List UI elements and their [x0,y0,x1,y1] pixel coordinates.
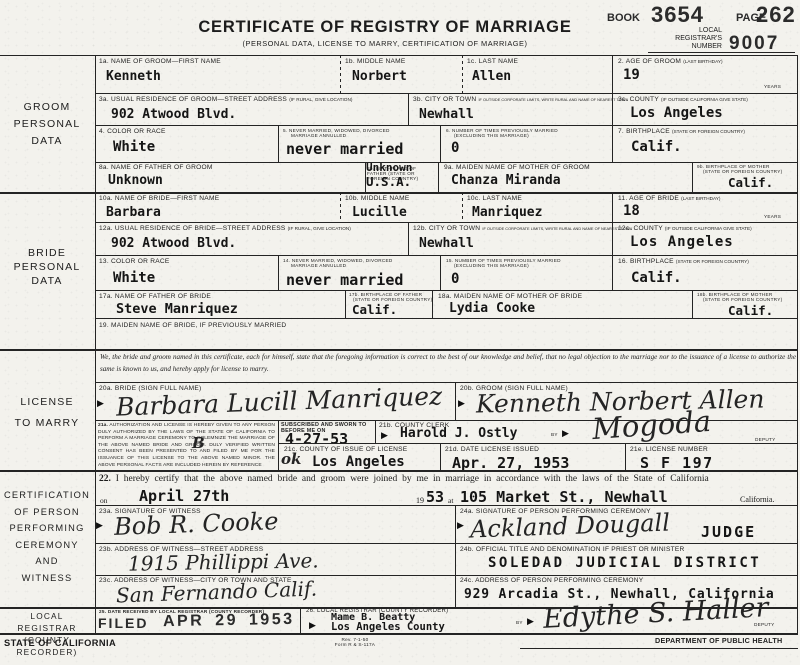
sidebar-line: PERFORMING [0,520,94,537]
sidebar-certification: CERTIFICATION OF PERSON PERFORMING CEREM… [0,487,94,586]
label-text: 3b. CITY OR TOWN [413,96,476,103]
grid-line [95,420,798,421]
label-text: 17a. NAME OF FATHER OF BRIDE [99,293,211,300]
label-text: 24c. ADDRESS OF PERSON PERFORMING CEREMO… [460,577,643,584]
signature-arrow-icon: ▶ [562,429,569,438]
grid-line [648,52,795,53]
grid-line [462,192,463,222]
field-label-21d: 21d. DATE LICENSE ISSUED [445,446,539,454]
grid-line [340,192,341,222]
authorization-text: 21a. AUTHORIZATION AND LICENSE IS HEREBY… [98,423,275,469]
date-received-stamp: APR 29 1953 [163,611,295,631]
label-text: 12c. COUNTY [618,225,663,232]
year-prefix: 19 [416,496,424,505]
sidebar-line: PERSONAL [0,260,94,274]
grid-line [300,607,301,633]
groom-times-married: 0 [451,140,459,156]
county-of-issue: Los Angeles [312,454,405,470]
bride-times-married: 0 [451,271,459,287]
grid-line [455,505,456,607]
grid-line [612,55,613,93]
field-label-10b: 10b. MIDDLE NAME [345,195,409,203]
label-qualifier: (IF RURAL, GIVE LOCATION) [288,226,351,231]
label-qualifier: (IF RURAL, GIVE LOCATION) [289,97,352,102]
grid-line [462,55,463,93]
state-of-california-label: STATE OF CALIFORNIA [4,638,116,648]
sidebar-bride-personal-data: BRIDE PERSONAL DATA [0,246,94,288]
deputy-label: DEPUTY [754,622,775,627]
label-qualifier: (STATE OR FOREIGN COUNTRY) [703,169,782,174]
sidebar-line: DATA [0,133,94,150]
bride-marital-status: never married [286,271,403,289]
bride-age: 18 [623,203,640,219]
sidebar-line: GROOM [0,99,94,116]
field-label-15: 15. NUMBER OF TIMES PREVIOUSLY MARRIED(E… [446,258,561,268]
label-text: 8a. NAME OF FATHER OF GROOM [99,164,213,171]
groom-father-name: Unknown [108,173,163,188]
bride-first-name: Barbara [106,205,161,220]
grid-line [365,162,366,192]
signature-arrow-icon: ▶ [527,617,534,626]
field-label-21c: 21c. COUNTY OF ISSUE OF LICENSE [284,446,407,454]
grid-line [0,349,798,351]
bride-father-birthplace: Calif. [352,302,397,317]
groom-mother-birthplace: Calif. [728,175,773,190]
label-qualifier: MARRIAGE ANNULLED [291,263,346,268]
sidebar-groom-personal-data: GROOM PERSONAL DATA [0,99,94,150]
witness-signature: Bob R. Cooke [114,507,279,541]
label-text: 21c. COUNTY OF ISSUE OF LICENSE [284,446,407,453]
label-text: 3a. USUAL RESIDENCE OF GROOM—STREET ADDR… [99,96,287,103]
label-text: 10b. MIDDLE NAME [345,195,409,202]
signature-arrow-icon: ▶ [458,399,465,408]
grid-line [0,192,798,194]
bride-race: White [113,270,155,286]
label-text: 4. COLOR OR RACE [99,128,166,135]
grid-line [455,382,456,420]
field-label-2: 2. AGE OF GROOM (LAST BIRTHDAY) [618,58,723,66]
bride-middle-name: Lucille [352,205,407,220]
label-text: 21e. LICENSE NUMBER [630,446,708,453]
grid-line [95,505,798,506]
bride-age-years-label: YEARS [764,214,781,219]
groom-race: White [113,139,155,155]
label-qualifier: (STATE OR FOREIGN COUNTRY) [703,297,782,302]
field-label-16: 16. BIRTHPLACE (STATE OR FOREIGN COUNTRY… [618,258,749,266]
label-qualifier: (IF OUTSIDE CALIFORNIA GIVE STATE) [661,97,748,102]
sidebar-line: CEREMONY [0,537,94,554]
at-label: at [448,496,453,505]
bride-father-name: Steve Manriquez [116,301,238,317]
grid-line [95,93,798,94]
grid-line [95,543,798,544]
field-label-3c: 3c. COUNTY (IF OUTSIDE CALIFORNIA GIVE S… [618,96,748,104]
certify-statement: 22. I hereby certify that the above name… [99,474,709,484]
groom-age-years-label: YEARS [764,84,781,89]
book-label: BOOK [607,12,640,24]
field-label-3a: 3a. USUAL RESIDENCE OF GROOM—STREET ADDR… [99,96,352,104]
field-label-17a: 17a. NAME OF FATHER OF BRIDE [99,293,211,301]
field-label-9b: 9b. BIRTHPLACE OF MOTHER(STATE OR FOREIG… [697,164,782,174]
grid-line [375,420,376,443]
grid-line [95,222,798,223]
label-qualifier: (EXCLUDING THIS MARRIAGE) [454,133,529,138]
signature-arrow-icon: ▶ [97,399,104,408]
bride-mother-birthplace: Calif. [728,303,773,318]
book-number: 3654 [651,2,704,28]
sidebar-license-to-marry: LICENSE TO MARRY [0,392,94,434]
groom-first-name: Kenneth [106,69,161,84]
grid-line [0,470,798,472]
local-registrar-county: Los Angeles County [331,621,445,633]
grid-line [520,648,798,649]
certify-statement-text: I hereby certify that the above named br… [116,474,709,484]
field-label-6: 6. NUMBER OF TIMES PREVIOUSLY MARRIED(EX… [446,128,558,138]
label-qualifier: (LAST BIRTHDAY) [681,196,720,201]
sidebar-line: LOCAL REGISTRAR [0,610,94,634]
label-text: 10a. NAME OF BRIDE—FIRST NAME [99,195,219,202]
sidebar-line: LICENSE [0,392,94,413]
form-revision: Rev. 7-1-50 Form R & S-117A [330,637,380,647]
sidebar-line: AND [0,553,94,570]
form-revision-line: Form R & S-117A [330,642,380,647]
label-text: 16. BIRTHPLACE [618,258,674,265]
grid-line [440,125,441,162]
county-clerk-deputy-signature: Mogoda [591,404,712,446]
field-label-10c: 10c. LAST NAME [467,195,522,203]
grid-line [95,55,96,633]
bride-county: Los Angeles [630,234,734,250]
label-text: 1a. NAME OF GROOM—FIRST NAME [99,58,221,65]
label-text: 1b. MIDDLE NAME [345,58,406,65]
grid-line [278,443,798,444]
grid-line [692,290,693,318]
grid-line [612,222,613,255]
grid-line [692,162,693,192]
ceremony-year: 53 [426,488,444,506]
grid-line [0,607,798,609]
witness-street-address: 1915 Phillippi Ave. [128,548,319,575]
grid-line [95,382,798,383]
label-text: 2. AGE OF GROOM [618,58,681,65]
label-text: 21d. DATE LICENSE ISSUED [445,446,539,453]
field-label-19: 19. MAIDEN NAME OF BRIDE, IF PREVIOUSLY … [99,322,286,330]
field-label-18b: 18b. BIRTHPLACE OF MOTHER(STATE OR FOREI… [697,292,782,302]
groom-county: Los Angeles [630,105,723,121]
filed-stamp: FILED [98,615,148,631]
page-title: CERTIFICATE OF REGISTRY OF MARRIAGE [80,18,690,37]
label-text: 18a. MAIDEN NAME OF MOTHER OF BRIDE [438,293,582,300]
label-text: 10c. LAST NAME [467,195,522,202]
field-label-11: 11. AGE OF BRIDE (LAST BIRTHDAY) [618,195,720,203]
label-text: 9a. MAIDEN NAME OF MOTHER OF GROOM [444,164,590,171]
field-label-12c: 12c. COUNTY (IF OUTSIDE CALIFORNIA GIVE … [618,225,752,233]
label-qualifier: IF OUTSIDE CORPORATE LIMITS, WRITE RURAL… [482,226,632,231]
grid-line [440,255,441,290]
label-qualifier: IF OUTSIDE CORPORATE LIMITS, WRITE RURAL… [478,97,628,102]
sidebar-line: DATA [0,274,94,288]
grid-line [278,420,279,470]
label-qualifier: (LAST BIRTHDAY) [683,59,722,64]
grid-line [612,93,613,125]
groom-middle-name: Norbert [352,69,407,84]
groom-birthplace: Calif. [631,139,682,155]
ceremony-date: April 27th [139,487,229,505]
local-registrar-number-label-line: LOCAL [630,27,722,35]
bride-mother-maiden-name: Lydia Cooke [449,301,535,316]
field-label-21a: 21a. [98,423,108,428]
field-label-1b: 1b. MIDDLE NAME [345,58,406,66]
local-registrar-number-label-line: NUMBER [630,43,722,51]
on-label: on [100,496,108,505]
grid-line [0,55,798,56]
signature-arrow-icon: ▶ [96,521,103,530]
label-text: 19. MAIDEN NAME OF BRIDE, IF PREVIOUSLY … [99,322,286,329]
groom-marital-status: never married [286,140,403,158]
field-label-13: 13. COLOR OR RACE [99,258,170,266]
label-text: 24b. OFFICIAL TITLE AND DENOMINATION IF … [460,546,685,553]
field-label-10a: 10a. NAME OF BRIDE—FIRST NAME [99,195,219,203]
by-label: BY [516,620,523,625]
ceremony-place: 105 Market St., Newhall [460,488,668,506]
label-qualifier: (EXCLUDING THIS MARRIAGE) [454,263,529,268]
sidebar-line: CERTIFICATION [0,487,94,504]
grid-line [95,575,798,576]
field-label-21e: 21e. LICENSE NUMBER [630,446,708,454]
sidebar-line: PERSONAL [0,116,94,133]
field-label-1c: 1c. LAST NAME [467,58,518,66]
grid-line [612,192,613,222]
page-subtitle: (PERSONAL DATA, LICENSE TO MARRY, CERTIF… [80,39,690,48]
grid-line [408,93,409,125]
grid-line [612,255,613,290]
field-label-5: 5. NEVER MARRIED, WIDOWED, DIVORCEDMARRI… [283,128,390,138]
field-label-3b: 3b. CITY OR TOWN IF OUTSIDE CORPORATE LI… [413,96,628,104]
field-label-1a: 1a. NAME OF GROOM—FIRST NAME [99,58,221,66]
bride-birthplace: Calif. [631,270,682,286]
sidebar-line: BRIDE [0,246,94,260]
affidavit-text: We, the bride and groom named in this ce… [100,352,796,375]
grid-line [612,125,613,162]
groom-mother-maiden-name: Chanza Miranda [451,173,561,188]
authorization-body: AUTHORIZATION AND LICENSE IS HEREBY GIVE… [98,423,275,468]
label-text: 3c. COUNTY [618,96,659,103]
by-label: BY [551,432,558,437]
label-text: 13. COLOR OR RACE [99,258,170,265]
bride-residence: 902 Atwood Blvd. [111,236,236,251]
grid-line [438,162,439,192]
field-label-4: 4. COLOR OR RACE [99,128,166,136]
field-label-8a: 8a. NAME OF FATHER OF GROOM [99,164,213,172]
grid-line [345,290,346,318]
grid-line [440,443,441,470]
grid-line [95,318,798,319]
label-qualifier: (STATE OR FOREIGN COUNTRY) [672,129,745,134]
ceremony-state: California. [740,495,774,504]
groom-age: 19 [623,67,640,83]
label-text: 11. AGE OF BRIDE [618,195,679,202]
grid-line [95,125,798,126]
label-qualifier: MARRIAGE ANNULLED [291,133,346,138]
local-registrar-number-label-line: REGISTRAR'S [630,35,722,43]
grid-line [432,290,433,318]
department-label: DEPARTMENT OF PUBLIC HEALTH [655,637,782,645]
grid-line [0,633,798,635]
field-label-14: 14. NEVER MARRIED, WIDOWED, DIVORCEDMARR… [283,258,393,268]
field-label-12a: 12a. USUAL RESIDENCE OF BRIDE—STREET ADD… [99,225,351,233]
grid-line [408,222,409,255]
grid-line [278,255,279,290]
bride-last-name: Manriquez [472,205,542,220]
signature-arrow-icon: ▶ [381,431,388,440]
field-label-24b: 24b. OFFICIAL TITLE AND DENOMINATION IF … [460,546,685,554]
label-text: 12b. CITY OR TOWN [413,225,480,232]
sidebar-line: WITNESS [0,570,94,587]
label-text: 12a. USUAL RESIDENCE OF BRIDE—STREET ADD… [99,225,286,232]
field-label-22: 22. [99,474,111,484]
signature-arrow-icon: ▶ [309,621,316,630]
label-qualifier: (STATE OR FOREIGN COUNTRY) [676,259,749,264]
certificate-form: CERTIFICATE OF REGISTRY OF MARRIAGE (PER… [0,0,800,665]
field-label-12b: 12b. CITY OR TOWN IF OUTSIDE CORPORATE L… [413,225,632,233]
groom-father-birthplace: U.S.A. [366,174,411,189]
signature-arrow-icon: ▶ [457,521,464,530]
field-label-17b: 17b. BIRTHPLACE OF FATHER(STATE OR FOREI… [349,292,432,302]
judge-stamp: JUDGE [701,523,756,541]
page-number: 262 [756,2,796,28]
county-clerk-name: Harold J. Ostly [400,426,517,441]
officiant-title: SOLEDAD JUDICIAL DISTRICT [488,555,761,571]
label-text: 1c. LAST NAME [467,58,518,65]
field-label-9a: 9a. MAIDEN NAME OF MOTHER OF GROOM [444,164,590,172]
groom-last-name: Allen [472,69,511,84]
handwritten-mark: B [192,434,205,452]
grid-line [625,443,626,470]
field-label-18a: 18a. MAIDEN NAME OF MOTHER OF BRIDE [438,293,582,301]
label-qualifier: (IF OUTSIDE CALIFORNIA GIVE STATE) [665,226,752,231]
local-registrar-number-label: LOCAL REGISTRAR'S NUMBER [630,27,722,52]
deputy-label: DEPUTY [755,437,776,442]
grid-line [95,255,798,256]
grid-line [278,125,279,162]
label-text: 7. BIRTHPLACE [618,128,670,135]
sidebar-line: TO MARRY [0,413,94,434]
field-label-7: 7. BIRTHPLACE (STATE OR FOREIGN COUNTRY) [618,128,745,136]
officiant-signature: Ackland Dougall [470,509,671,544]
groom-city: Newhall [419,107,474,122]
grid-line [797,55,798,633]
groom-residence: 902 Atwood Blvd. [111,107,236,122]
grid-line [340,55,341,93]
field-label-24c: 24c. ADDRESS OF PERSON PERFORMING CEREMO… [460,577,643,585]
sidebar-line: OF PERSON [0,504,94,521]
bride-city: Newhall [419,236,474,251]
